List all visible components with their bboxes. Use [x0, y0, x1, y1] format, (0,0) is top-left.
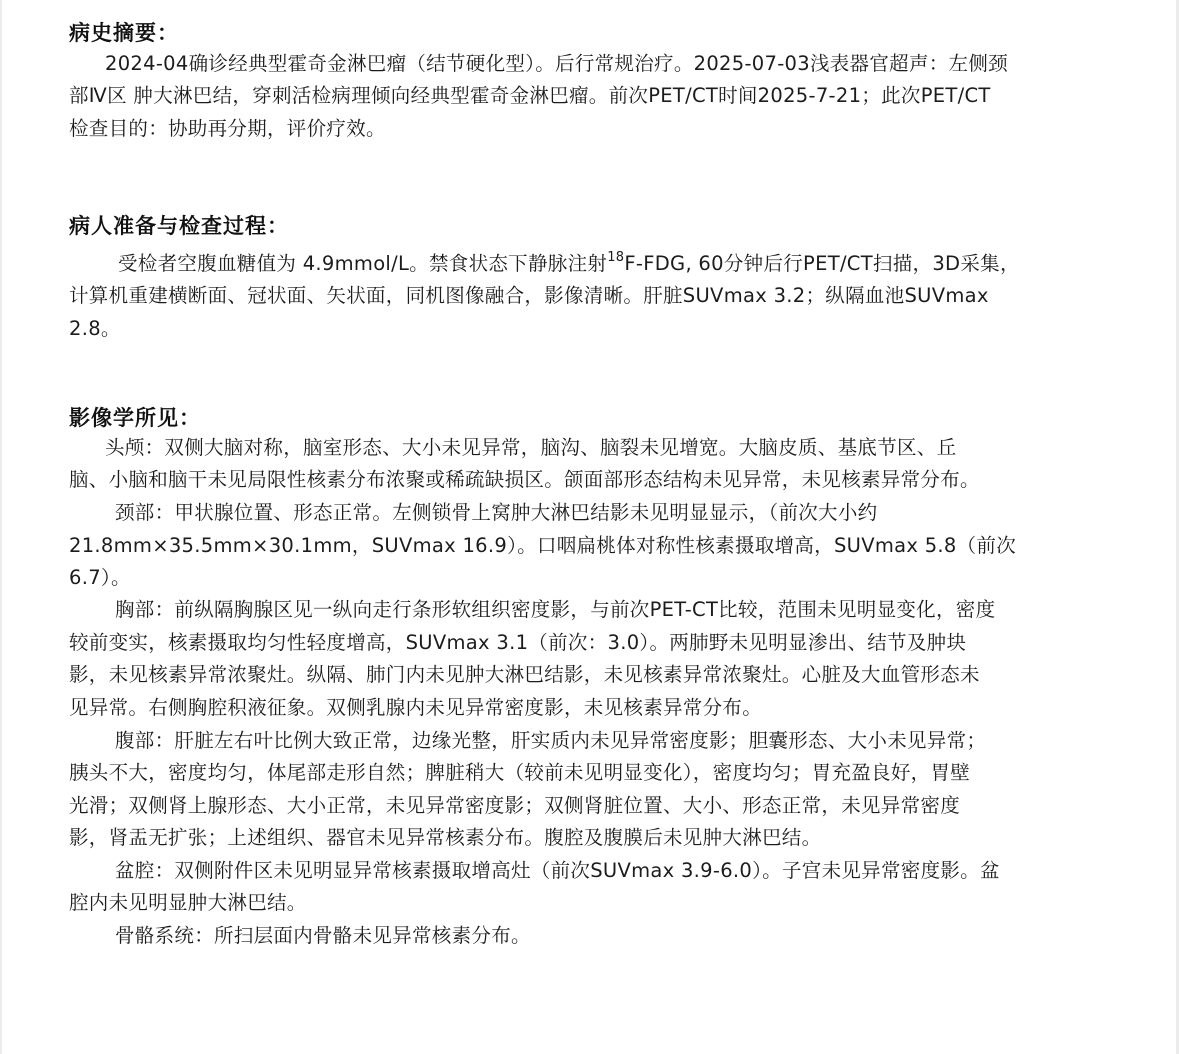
findings-neck-line-2: 21.8mm×35.5mm×30.1mm，SUVmax 16.9）。口咽扁桃体对… [69, 534, 1016, 558]
findings-pelvis-line-2: 腔内未见明显肿大淋巴结。 [69, 891, 307, 915]
history-line-1: 2024-04确诊经典型霍奇金淋巴瘤（结节硬化型）。后行常规治疗。2025-07… [69, 52, 1008, 76]
findings-chest-line-1: 胸部：前纵隔胸腺区见一纵向走行条形软组织密度影，与前次PET-CT比较，范围未见… [69, 598, 995, 622]
findings-neck-line-1: 颈部：甲状腺位置、形态正常。左侧锁骨上窝肿大淋巴结影未见明显显示，（前次大小约 [69, 501, 877, 525]
findings-head-line-1: 头颅：双侧大脑对称，脑室形态、大小未见异常，脑沟、脑裂未见增宽。大脑皮质、基底节… [69, 436, 956, 460]
history-line-3: 检查目的：协助再分期，评价疗效。 [69, 117, 386, 141]
findings-abdomen-line-4: 影，肾盂无扩张；上述组织、器官未见异常核素分布。腹腔及腹膜后未见肿大淋巴结。 [69, 826, 821, 850]
isotope-superscript: 18 [607, 250, 624, 265]
findings-chest-line-3: 影，未见核素异常浓聚灶。纵隔、肺门内未见肿大淋巴结影，未见核素异常浓聚灶。心脏及… [69, 663, 980, 687]
findings-abdomen-line-2: 胰头不大，密度均匀，体尾部走形自然；脾脏稍大（较前未见明显变化），密度均匀；胃充… [69, 761, 970, 785]
findings-chest-line-2: 较前变实，核素摄取均匀性轻度增高，SUVmax 3.1（前次：3.0）。两肺野未… [69, 631, 966, 655]
findings-abdomen-line-1: 腹部：肝脏左右叶比例大致正常，边缘光整，肝实质内未见异常密度影；胆囊形态、大小未… [69, 729, 986, 753]
section-title-history: 病史摘要： [69, 17, 179, 47]
preparation-line-2: 计算机重建横断面、冠状面、矢状面，同机图像融合，影像清晰。肝脏SUVmax 3.… [69, 284, 989, 308]
findings-skeleton-line-1: 骨骼系统：所扫层面内骨骼未见异常核素分布。 [69, 924, 531, 948]
findings-pelvis-line-1: 盆腔：双侧附件区未见明显异常核素摄取增高灶（前次SUVmax 3.9-6.0）。… [69, 859, 1000, 883]
findings-head-line-2: 脑、小脑和脑干未见局限性核素分布浓聚或稀疏缺损区。颌面部形态结构未见异常，未见核… [69, 468, 980, 492]
preparation-line-3: 2.8。 [69, 317, 121, 341]
preparation-line-1-tail: F-FDG, 60分钟后行PET/CT扫描，3D采集， [624, 252, 1019, 275]
section-title-preparation: 病人准备与检查过程： [69, 210, 289, 240]
findings-abdomen-line-3: 光滑；双侧肾上腺形态、大小正常，未见异常密度影；双侧肾脏位置、大小、形态正常，未… [69, 794, 960, 818]
findings-chest-line-4: 见异常。右侧胸腔积液征象。双侧乳腺内未见异常密度影，未见核素异常分布。 [69, 696, 762, 720]
findings-neck-line-3: 6.7）。 [69, 566, 131, 590]
history-line-2: 部Ⅳ区 肿大淋巴结，穿刺活检病理倾向经典型霍奇金淋巴瘤。前次PET/CT时间20… [69, 84, 991, 108]
preparation-line-1-text: 受检者空腹血糖值为 4.9mmol/L。禁食状态下静脉注射 [118, 252, 607, 275]
preparation-line-1: 受检者空腹血糖值为 4.9mmol/L。禁食状态下静脉注射18F-FDG, 60… [69, 252, 1020, 276]
section-title-findings: 影像学所见： [69, 402, 201, 432]
page-edge-left [0, 0, 2, 1054]
